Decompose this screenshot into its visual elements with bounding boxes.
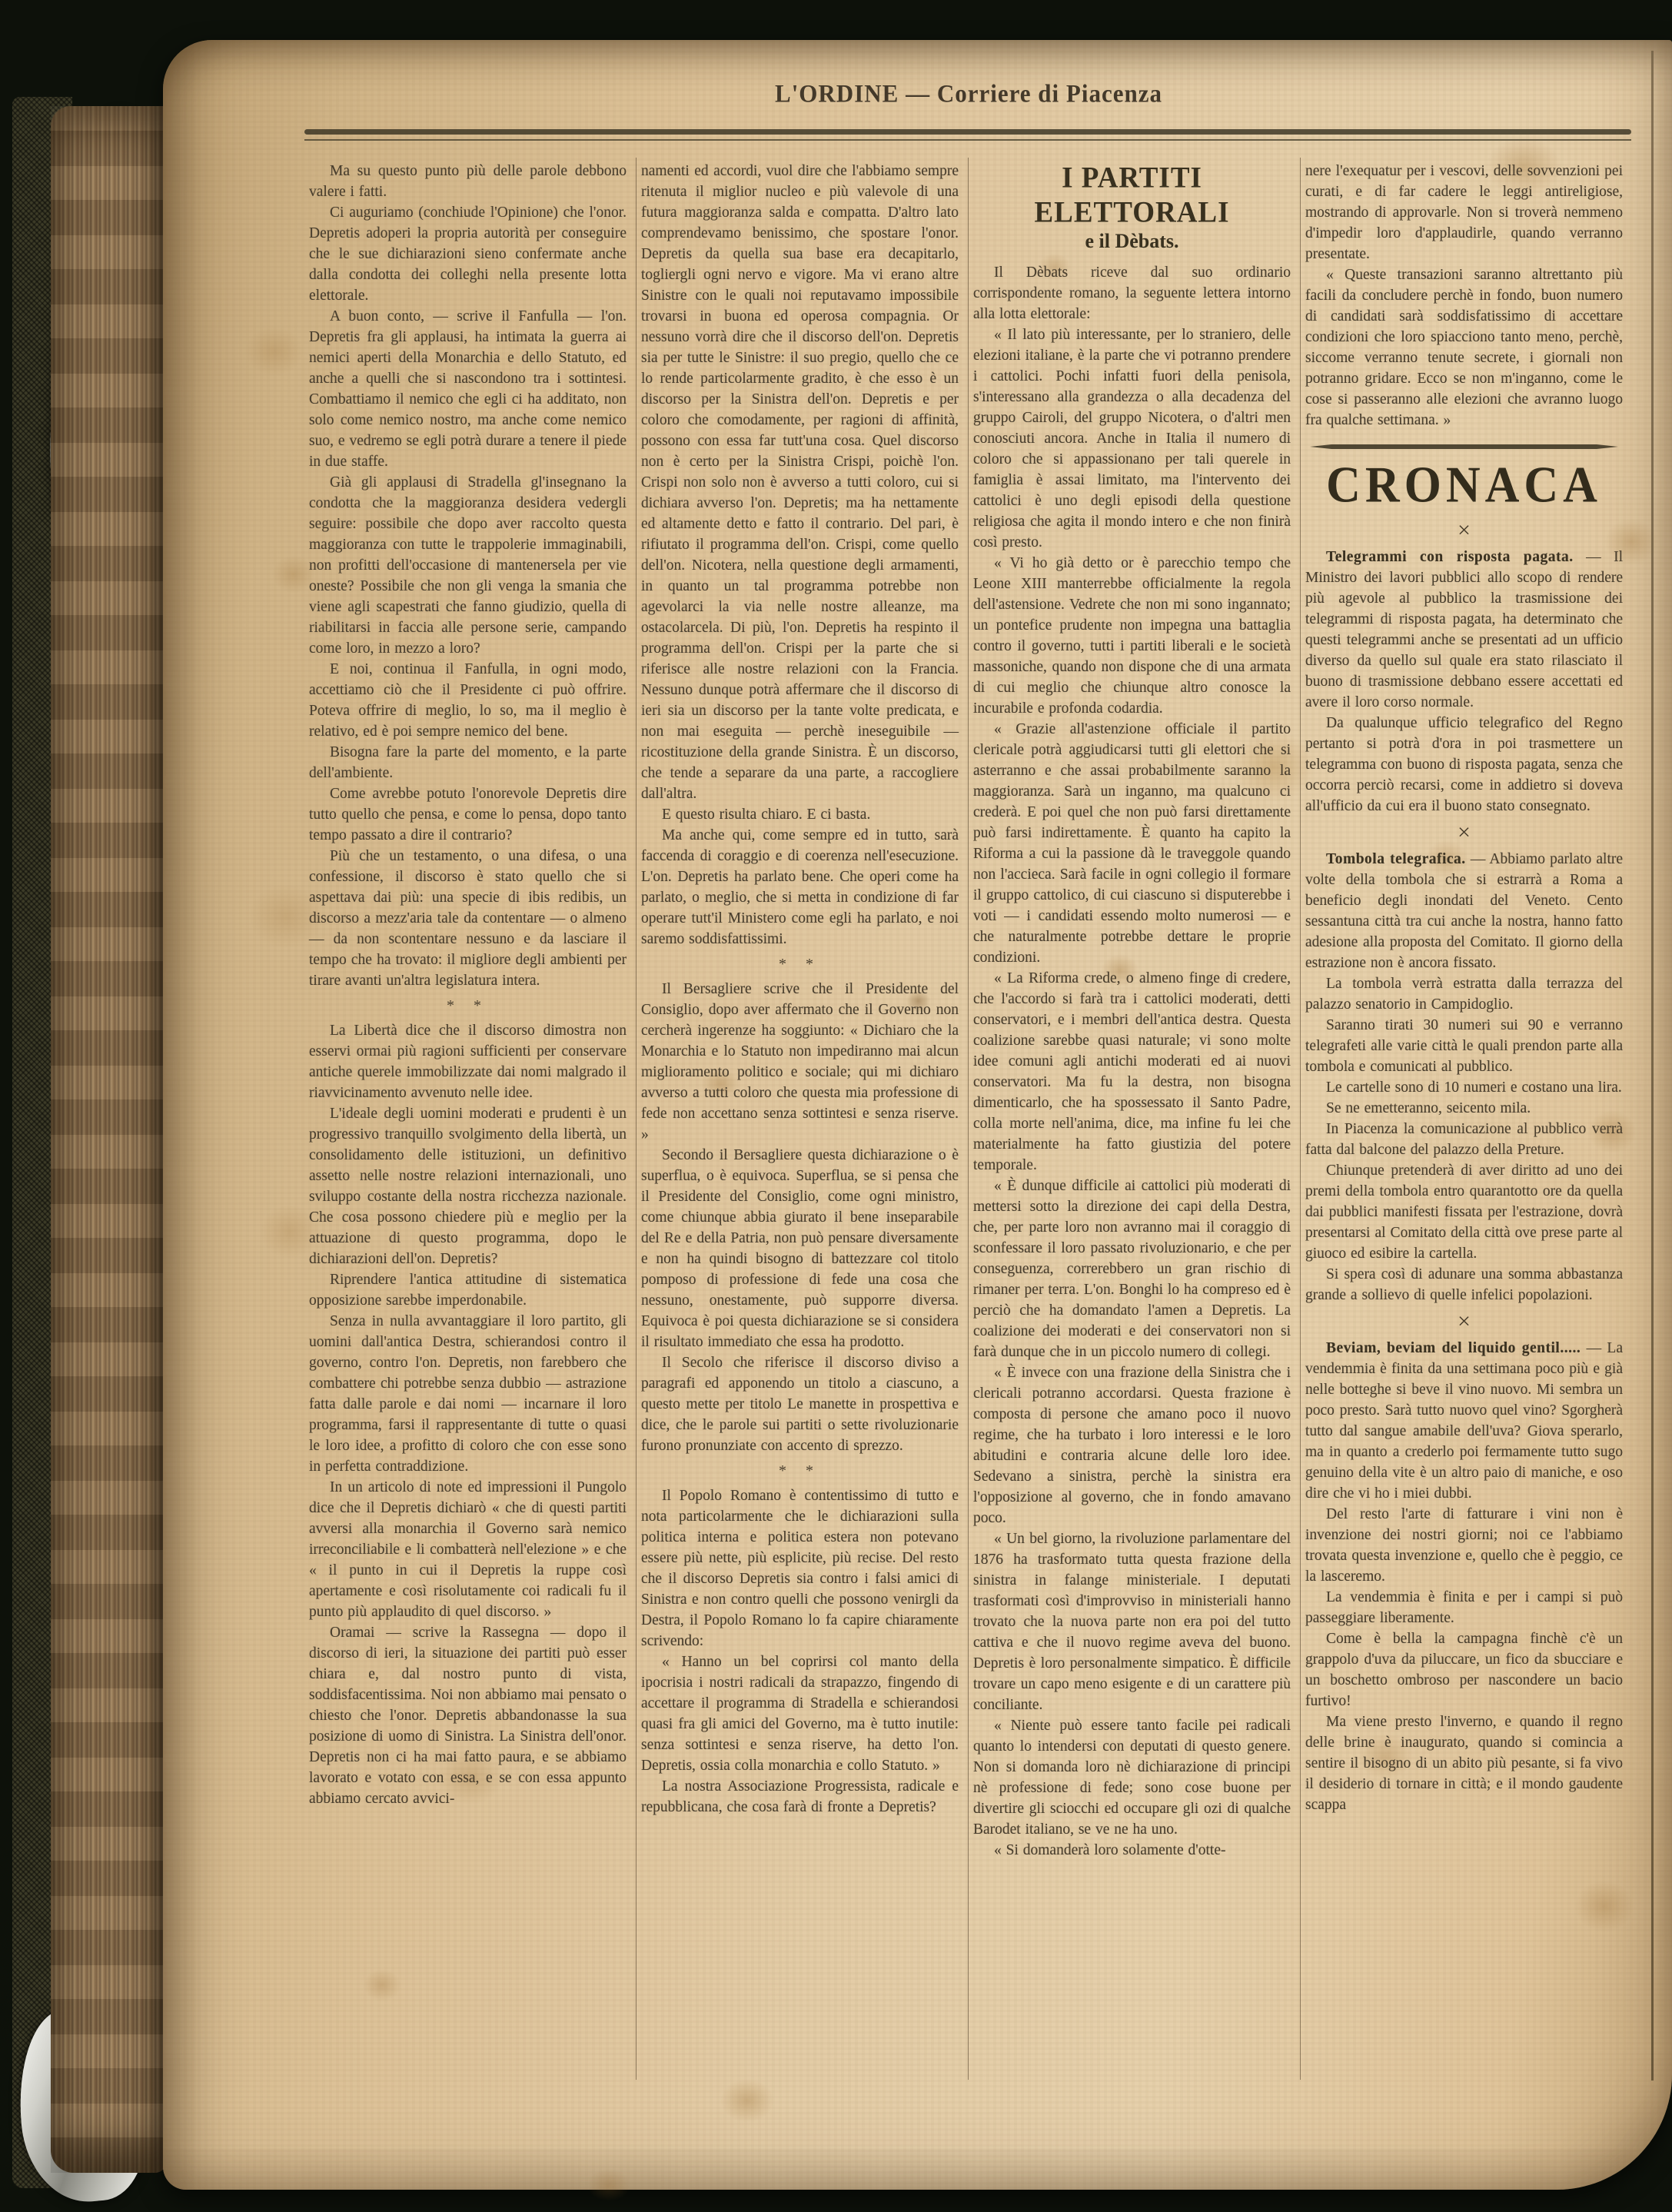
paragraph: Il Dèbats riceve dal suo ordinario corri… [973,262,1291,324]
paragraph: « Queste transazioni saranno altrettanto… [1305,264,1623,431]
paragraph: Saranno tirati 30 numeri sui 90 e verran… [1305,1015,1623,1077]
paragraph: nere l'exequatur per i vescovi, delle so… [1305,161,1623,264]
paragraph: E questo risulta chiaro. E ci basta. [641,804,959,825]
item-lead-in: Telegrammi con risposta pagata. [1326,549,1574,565]
article-title: I PARTITI ELETTORALI [973,161,1291,230]
paragraph: Se ne emetteranno, seicento mila. [1305,1098,1623,1119]
columns-container: Ma su questo punto più delle parole debb… [304,158,1632,2080]
paragraph: Bisogna fare la parte del momento, e la … [309,742,627,783]
item-lead-in: Tombola telegrafica. [1326,851,1466,867]
paragraph: Il Secolo che riferisce il discorso divi… [641,1352,959,1456]
paragraph: « Si domanderà loro solamente d'otte- [973,1840,1291,1861]
paragraph: « Grazie all'astenzione officiale il par… [973,719,1291,968]
item-text: — Abbiamo parlato altre volte della tomb… [1305,851,1623,971]
paragraph: « Il lato più interessante, per lo stran… [973,324,1291,553]
cronaca-section-title: CRONACA [1305,456,1623,515]
paragraph: Del resto l'arte di fatturare i vini non… [1305,1504,1623,1587]
column-3: I PARTITI ELETTORALI e il Dèbats. Il Dèb… [969,158,1301,2080]
paragraph: Ma viene presto l'inverno, e quando il r… [1305,1711,1623,1815]
paragraph: Più che un testamento, o una difesa, o u… [309,846,627,991]
x-separator: × [1305,1306,1623,1338]
paragraph: In un articolo di note ed impressioni il… [309,1477,627,1622]
paragraph: Secondo il Bersagliere questa dichiarazi… [641,1145,959,1352]
column-1: Ma su questo punto più delle parole debb… [304,158,637,2080]
adjacent-page-edge [1651,51,1654,2081]
paragraph: namenti ed accordi, vuol dire che l'abbi… [641,161,959,804]
paragraph: « Vi ho già detto or è parecchio tempo c… [973,553,1291,719]
paragraph: « Un bel giorno, la rivoluzione parlamen… [973,1528,1291,1715]
paragraph: E noi, continua il Fanfulla, in ogni mod… [309,659,627,742]
paragraph: Come avrebbe potuto l'onorevole Depretis… [309,783,627,846]
scanned-newspaper-photo: L'ORDINE — Corriere di Piacenza Ma su qu… [0,0,1672,2212]
paragraph: « Hanno un bel coprirsi col manto della … [641,1652,959,1776]
cronaca-item: Tombola telegrafica. — Abbiamo parlato a… [1305,849,1623,973]
paragraph: Da qualunque ufficio telegrafico del Reg… [1305,713,1623,817]
masthead-title: L'ORDINE — Corriere di Piacenza [676,79,1261,108]
paragraph: Chiunque pretenderà di aver diritto ad u… [1305,1160,1623,1264]
paragraph: Già gli applausi di Stradella gl'insegna… [309,472,627,659]
paragraph: Oramai — scrive la Rassegna — dopo il di… [309,1622,627,1809]
paragraph: « La Riforma crede, o almeno finge di cr… [973,968,1291,1176]
paragraph: « È invece con una frazione della Sinist… [973,1362,1291,1528]
paragraph: Il Bersagliere scrive che il Presidente … [641,979,959,1145]
paragraph: Le cartelle sono di 10 numeri e costano … [1305,1077,1623,1098]
paragraph: Senza in nulla avvantaggiare il loro par… [309,1311,627,1477]
article-subtitle: e il Dèbats. [973,230,1291,253]
paragraph: La vendemmia è finita e per i campi si p… [1305,1587,1623,1628]
paragraph: Come è bella la campagna finchè c'è un g… [1305,1628,1623,1711]
item-text: — Il Ministro dei lavori pubblici allo s… [1305,549,1623,710]
section-divider-rule [1310,444,1618,449]
paragraph: La nostra Associazione Progressista, rad… [641,1776,959,1818]
paragraph: Ma su questo punto più delle parole debb… [309,161,627,202]
masthead-rule-thin [304,139,1631,141]
item-text: — La vendemmia è finita da una settimana… [1305,1340,1623,1502]
asterism-separator: * * [641,1458,959,1484]
item-lead-in: Beviam, beviam del liquido gentil..... [1326,1340,1581,1356]
asterism-separator: * * [309,993,627,1019]
paragraph: L'ideale degli uomini moderati e prudent… [309,1103,627,1269]
stain [578,2162,640,2208]
paragraph: Ci auguriamo (conchiude l'Opinione) che … [309,202,627,306]
paragraph: A buon conto, — scrive il Fanfulla — l'o… [309,306,627,472]
paragraph: La Libertà dice che il discorso dimostra… [309,1020,627,1103]
paragraph: Riprendere l'antica attitudine di sistem… [309,1269,627,1311]
paragraph: Il Popolo Romano è contentissimo di tutt… [641,1485,959,1652]
paragraph: Si spera così di adunare una somma abbas… [1305,1264,1623,1306]
masthead-rule-thick [304,129,1631,135]
paragraph: « È dunque difficile ai cattolici più mo… [973,1176,1291,1362]
x-separator: × [1305,514,1623,547]
column-4: nere l'exequatur per i vescovi, delle so… [1301,158,1632,2080]
paragraph: In Piacenza la comunicazione al pubblico… [1305,1119,1623,1160]
page-stack-fore-edge [51,106,166,2173]
paragraph: « Niente può essere tanto facile pei rad… [973,1715,1291,1840]
paragraph: Ma anche qui, come sempre ed in tutto, s… [641,825,959,950]
x-separator: × [1305,817,1623,849]
cronaca-item: Beviam, beviam del liquido gentil..... —… [1305,1338,1623,1504]
paragraph: La tombola verrà estratta dalla terrazza… [1305,973,1623,1015]
asterism-separator: * * [641,951,959,977]
cronaca-item: Telegrammi con risposta pagata. — Il Min… [1305,547,1623,713]
column-2: namenti ed accordi, vuol dire che l'abbi… [637,158,969,2080]
